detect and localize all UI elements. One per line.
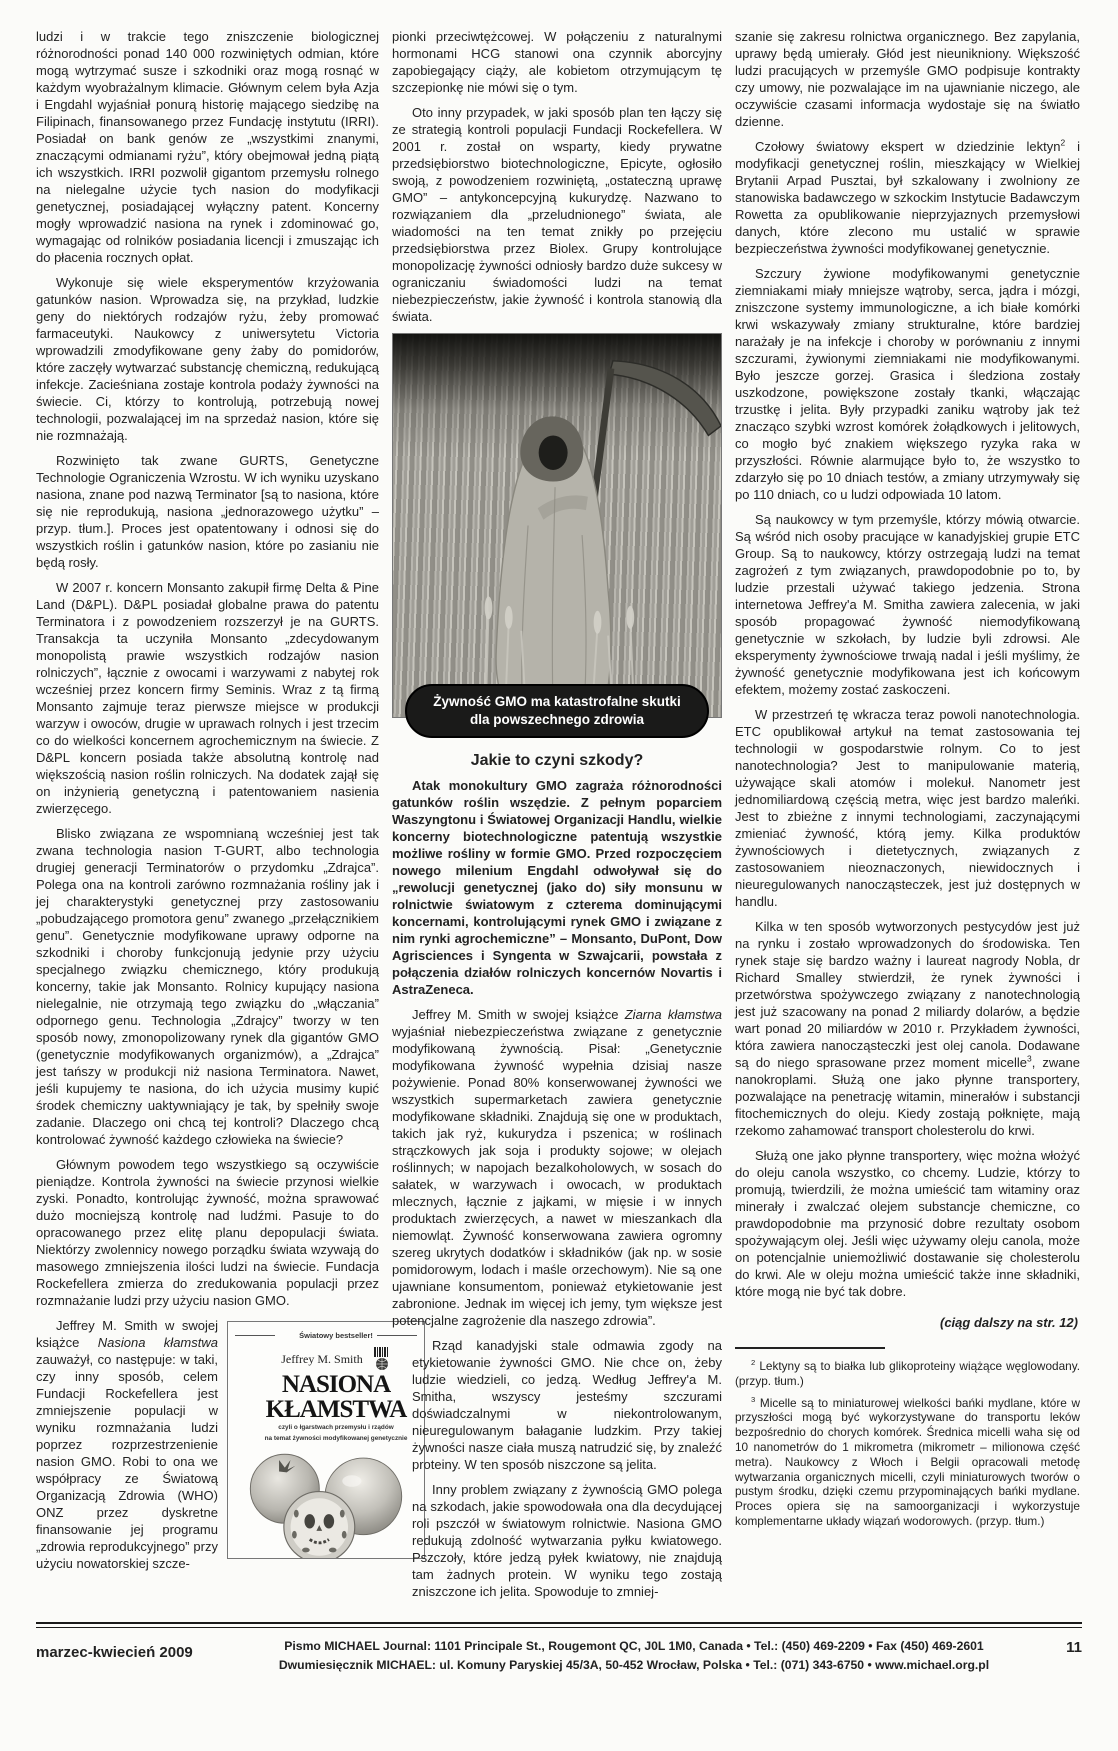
book-cover-tagline: Światowy bestseller! [279,1327,373,1344]
book-cover-tagline-row: Światowy bestseller! [235,1327,417,1344]
barcode-globe-icon [373,1347,391,1371]
article-paragraph: Głównym powodem tego wszystkiego są oczy… [36,1156,379,1309]
article-paragraph-bold: Atak monokultury GMO zagraża różnorodnoś… [392,777,722,998]
footnote-separator [735,1347,885,1349]
article-paragraph: Kilka w ten sposób wytworzonych pestycyd… [735,918,1080,1139]
book-cover-subtitle-line2: na temat żywności modyfikowanej genetycz… [235,1435,417,1443]
column-middle: pionki przeciwtężcowej. W połączeniu z n… [392,28,722,1608]
article-paragraph: W przestrzeń tę wkracza teraz powoli nan… [735,706,1080,910]
book-cover-subtitle-line1: czyli o łgarstwach przemysłu i rządów [235,1424,417,1432]
article-paragraph: Służą one jako płynne transportery, więc… [735,1147,1080,1300]
column-left: ludzi i w trakcie tego zniszczenie biolo… [36,28,379,1580]
continuation-note: (ciąg dalszy na str. 12) [735,1314,1078,1331]
footnote-text: 3 Micelle są to miniaturowej wielkości b… [735,1396,1080,1528]
magazine-page: ludzi i w trakcie tego zniszczenie biolo… [0,0,1118,1751]
article-paragraph: Wykonuje się wiele eksperymentów krzyżow… [36,274,379,444]
article-paragraph: Jeffrey M. Smith w swojej książce Ziarna… [392,1006,722,1329]
footnote-3: 3 Micelle są to miniaturowej wielkości b… [735,1396,1080,1529]
issue-date: marzec-kwiecień 2009 [36,1637,246,1661]
book-cover-title-line2: KŁAMSTWA [235,1398,417,1421]
gmo-grim-reaper-photo [392,333,722,718]
book-cover-price: 3.49 [227,1496,233,1530]
article-paragraph: Światowy bestseller! Jeffrey M. Smith [36,1317,379,1572]
article-paragraph: Oto inny przypadek, w jaki sposób plan t… [392,104,722,325]
page-footer: marzec-kwiecień 2009 Pismo MICHAEL Journ… [36,1622,1082,1742]
cover-wrap-spacer [392,1337,412,1589]
article-paragraph-text: Jeffrey M. Smith w swojej książce Ziarna… [392,1007,722,1328]
photo-caption: Żywność GMO ma katastrofalne skutki dla … [405,684,709,738]
footnote-text: 2 Lektyny są to białka lub glikoproteiny… [735,1359,1080,1388]
footnote-2: 2 Lektyny są to białka lub glikoproteiny… [735,1359,1080,1389]
article-paragraph: ludzi i w trakcie tego zniszczenie biolo… [36,28,379,266]
book-cover-title-line1: NASIONA [235,1373,417,1396]
column-right: szanie się zakresu rolnictwa organiczneg… [735,28,1080,1536]
article-paragraph: Blisko związana ze wspomnianą wcześniej … [36,825,379,1148]
section-heading: Jakie to czyni szkody? [392,752,722,769]
book-cover-author: Jeffrey M. Smith [261,1351,362,1368]
article-paragraph: pionki przeciwtężcowej. W połączeniu z n… [392,28,722,96]
footer-double-rule [36,1622,1082,1628]
decorative-line [235,1335,275,1336]
article-paragraph: Rząd kanadyjski stale odmawia zgody na e… [392,1337,722,1473]
article-paragraph-text: Kilka w ten sposób wytworzonych pestycyd… [735,919,1080,1138]
tomatoes-skull-artwork [235,1446,417,1559]
page-number: 11 [1022,1637,1082,1656]
publisher-address-line1: Pismo MICHAEL Journal: 1101 Principale S… [246,1637,1022,1656]
article-paragraph-text: Jeffrey M. Smith w swojej książce Nasion… [36,1318,218,1571]
grim-reaper-illustration [393,334,721,717]
footer-row: marzec-kwiecień 2009 Pismo MICHAEL Journ… [36,1637,1082,1675]
article-paragraph: Są naukowcy w tym przemyśle, którzy mówi… [735,511,1080,698]
article-paragraph: Szczury żywione modyfikowanymi genetyczn… [735,265,1080,503]
article-paragraph: Rozwinięto tak zwane GURTS, Genetyczne T… [36,452,379,571]
photo-caption-line2: dla powszechnego zdrowia [419,711,695,729]
article-paragraph: szanie się zakresu rolnictwa organiczneg… [735,28,1080,130]
article-paragraph: W 2007 r. koncern Monsanto zakupił firmę… [36,579,379,817]
article-paragraph-text: Czołowy światowy ekspert w dziedzinie le… [735,139,1080,256]
article-paragraph-text: Rząd kanadyjski stale odmawia zgody na e… [412,1338,722,1472]
article-paragraph: Inny problem związany z żywnością GMO po… [392,1481,722,1600]
publisher-address-block: Pismo MICHAEL Journal: 1101 Principale S… [246,1637,1022,1675]
article-paragraph: Czołowy światowy ekspert w dziedzinie le… [735,138,1080,257]
publisher-address-line2: Dwumiesięcznik MICHAEL: ul. Komuny Parys… [246,1656,1022,1675]
book-cover-author-row: Jeffrey M. Smith [235,1347,417,1371]
photo-caption-line1: Żywność GMO ma katastrofalne skutki [419,693,695,711]
